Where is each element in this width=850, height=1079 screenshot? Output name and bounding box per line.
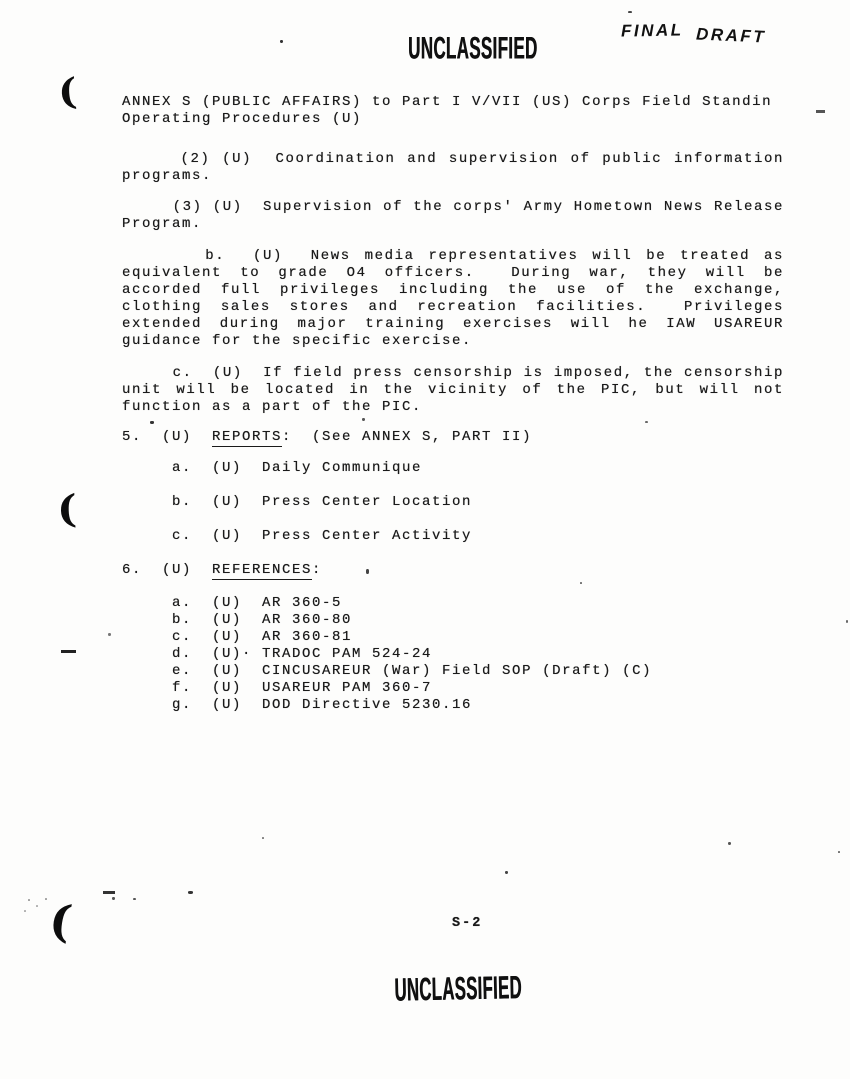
section-5-reports-heading: 5. (U) REPORTS: (See ANNEX S, PART II)	[122, 429, 784, 446]
scan-artifact	[816, 110, 825, 113]
section-6-references-heading: 6. (U) REFERENCES:	[122, 562, 784, 579]
section-5-number: 5. (U)	[122, 429, 212, 445]
text-line: c. (U) AR 360-81	[122, 629, 784, 646]
page-number: S-2	[452, 916, 482, 931]
scan-artifact	[150, 421, 154, 424]
scan-artifact	[108, 633, 111, 636]
scan-artifact	[505, 871, 508, 874]
text-line: g. (U) DOD Directive 5230.16	[122, 697, 784, 714]
text-line: (2) (U) Coordination and supervision of …	[122, 151, 784, 168]
scan-artifact	[628, 11, 632, 13]
text-line: Program.	[122, 216, 784, 233]
scan-artifact	[728, 842, 731, 845]
text-line: Operating Procedures (U)	[122, 111, 784, 128]
margin-paren-mark-top: (	[57, 73, 79, 110]
text-line: a. (U) Daily Communique	[122, 460, 784, 477]
text-line: extended during major training exercises…	[122, 316, 784, 333]
scan-artifact	[280, 40, 283, 43]
scan-artifact	[112, 897, 115, 900]
margin-dash-mark	[61, 650, 76, 653]
scan-artifact	[838, 851, 840, 853]
scan-artifact	[45, 898, 47, 900]
section-5-rest: : (See ANNEX S, PART II)	[282, 429, 532, 445]
text-line: b. (U) News media representatives will b…	[122, 248, 784, 265]
section-6-number: 6. (U)	[122, 562, 212, 578]
section-6-rest: :	[312, 562, 322, 578]
text-line: guidance for the specific exercise.	[122, 333, 784, 350]
text-line: f. (U) USAREUR PAM 360-7	[122, 680, 784, 697]
text-line: equivalent to grade O4 officers. During …	[122, 265, 784, 282]
text-line: unit will be located in the vicinity of …	[122, 382, 784, 399]
text-line: programs.	[122, 168, 784, 185]
text-line: function as a part of the PIC.	[122, 399, 784, 416]
scan-artifact	[24, 910, 26, 912]
text-line: accorded full privileges including the u…	[122, 282, 784, 299]
scan-artifact	[188, 891, 193, 894]
scan-artifact	[262, 837, 264, 839]
unclassified-footer-stamp: UNCLASSIFIED	[394, 969, 522, 1009]
scan-artifact	[362, 418, 365, 421]
margin-paren-mark-middle: (	[56, 490, 77, 529]
text-line: b. (U) Press Center Location	[122, 494, 784, 511]
text-line: a. (U) AR 360-5	[122, 595, 784, 612]
scan-artifact	[846, 620, 848, 623]
text-line: c. (U) Press Center Activity	[122, 528, 784, 545]
text-line: e. (U) CINCUSAREUR (War) Field SOP (Draf…	[122, 663, 784, 680]
text-line: b. (U) AR 360-80	[122, 612, 784, 629]
scan-artifact	[580, 582, 582, 584]
reports-list: a. (U) Daily Communique b. (U) Press Cen…	[122, 460, 784, 545]
paragraph-c-censorship: c. (U) If field press censorship is impo…	[122, 365, 784, 416]
text-line: clothing sales stores and recreation fac…	[122, 299, 784, 316]
scan-artifact	[645, 421, 648, 423]
margin-paren-mark-bottom: (	[46, 899, 74, 946]
paragraph-2-coordination: (2) (U) Coordination and supervision of …	[122, 151, 784, 185]
section-6-title-underlined: REFERENCES	[212, 562, 312, 580]
paragraph-b-news-media: b. (U) News media representatives will b…	[122, 248, 784, 350]
scan-artifact	[36, 905, 38, 907]
text-line: d. (U)· TRADOC PAM 524-24	[122, 646, 784, 663]
section-5-title-underlined: REPORTS	[212, 429, 282, 447]
scan-artifact	[133, 898, 136, 900]
scan-artifact	[28, 899, 30, 901]
scan-artifact	[366, 569, 369, 574]
document-title: ANNEX S (PUBLIC AFFAIRS) to Part I V/VII…	[122, 94, 784, 128]
paragraph-3-supervision: (3) (U) Supervision of the corps' Army H…	[122, 199, 784, 233]
text-line: (3) (U) Supervision of the corps' Army H…	[122, 199, 784, 216]
scan-artifact	[103, 891, 115, 894]
document-body: ANNEX S (PUBLIC AFFAIRS) to Part I V/VII…	[122, 0, 784, 714]
text-line: c. (U) If field press censorship is impo…	[122, 365, 784, 382]
references-list: a. (U) AR 360-5 b. (U) AR 360-80 c. (U) …	[122, 595, 784, 714]
text-line: ANNEX S (PUBLIC AFFAIRS) to Part I V/VII…	[122, 94, 784, 111]
scanned-document-page: UNCLASSIFIED FINALDRAFT ( ( ( ANNEX S (P…	[0, 0, 850, 1079]
